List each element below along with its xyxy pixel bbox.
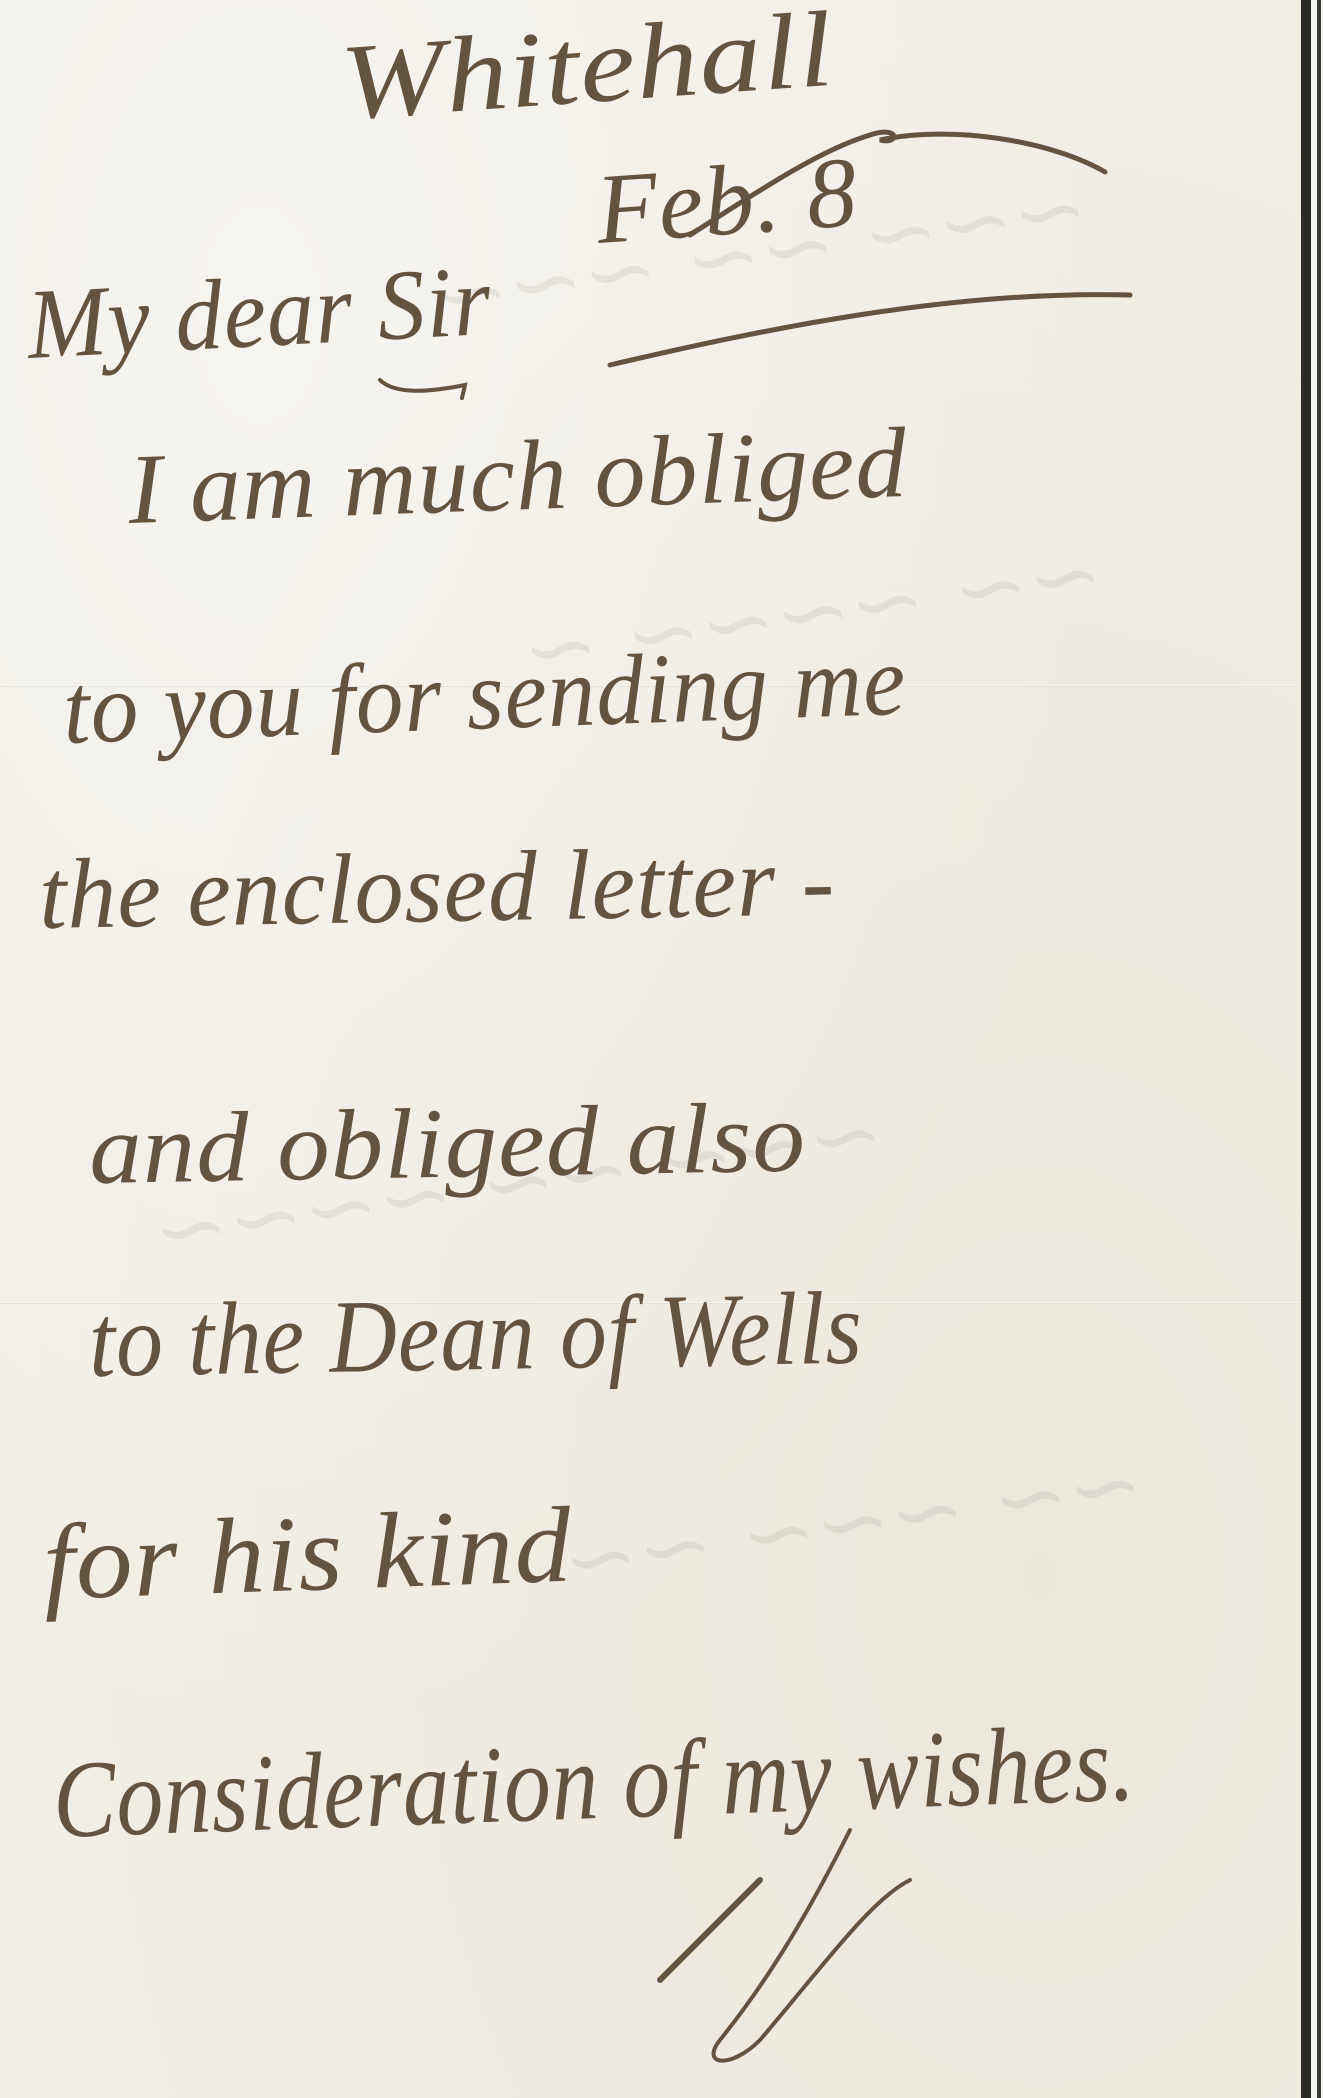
- page-border-thick: [1301, 0, 1311, 2098]
- pen-flourishes: [0, 0, 1301, 2098]
- salutation-underline-flourish: [610, 295, 1130, 365]
- descender-stroke: [660, 1880, 760, 1980]
- date-flourish: [690, 132, 1105, 235]
- page-border-thin: [1317, 0, 1321, 2098]
- salutation-tick: [380, 380, 465, 398]
- signature-descender-loop: [714, 1830, 910, 2061]
